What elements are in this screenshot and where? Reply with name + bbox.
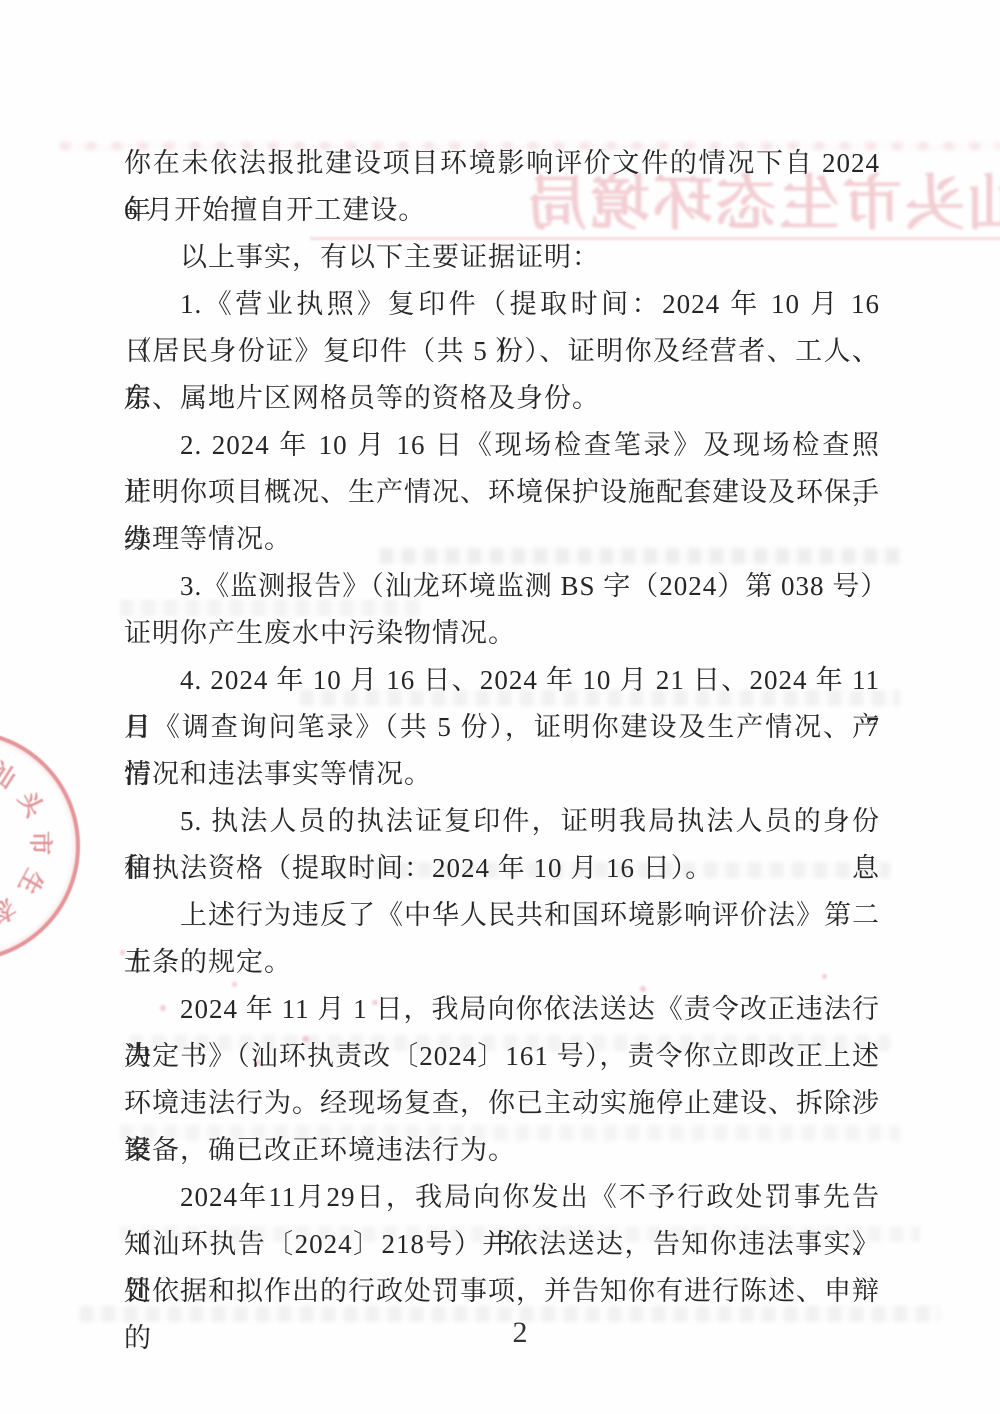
text-line: 东、属地片区网格员等的资格及身份。: [124, 375, 880, 422]
text-line: 决定书》（汕环执责改〔2024〕161 号），责令你立即改正上述: [124, 1033, 880, 1080]
text-line: 以上事实，有以下主要证据证明：: [124, 234, 880, 281]
text-line: 3.《监测报告》（汕龙环境监测 BS 字（2024）第 038 号）: [124, 563, 880, 610]
text-line: 环境违法行为。经现场复查，你已主动实施停止建设、拆除涉案: [124, 1080, 880, 1127]
text-line: 1.《营业执照》复印件（提取时间：2024 年 10 月 16 日）、: [124, 281, 880, 328]
text-line: 情况和违法事实等情况。: [124, 751, 880, 798]
page-number: 2: [0, 1316, 1000, 1350]
text-line: 4. 2024 年 10 月 16 日、2024 年 10 月 21 日、202…: [124, 657, 880, 704]
document-body: 你在未依法报批建设项目环境影响评价文件的情况下自 2024 年6 月开始擅自开工…: [124, 140, 880, 1315]
text-line: 《居民身份证》复印件（共 5 份）、证明你及经营者、工人、房: [124, 328, 880, 375]
text-line: 证明你项目概况、生产情况、环境保护设施配套建设及环保手续: [124, 469, 880, 516]
text-line: 五条的规定。: [124, 939, 880, 986]
text-line: 证明你产生废水中污染物情况。: [124, 610, 880, 657]
text-line: （汕环执告〔2024〕218号）并依法送达，告知你违法事实、处: [124, 1221, 880, 1268]
text-line: 6 月开始擅自开工建设。: [124, 187, 880, 234]
seal-character: 市: [26, 831, 61, 855]
text-line: 2024年11月29日，我局向你发出《不予行政处罚事先告知书》: [124, 1174, 880, 1221]
text-line: 2024 年 11 月 1 日，我局向你依法送达《责令改正违法行为: [124, 986, 880, 1033]
text-line: 日《调查询问笔录》（共 5 份），证明你建设及生产情况、产污: [124, 704, 880, 751]
text-line: 5. 执法人员的执法证复印件，证明我局执法人员的身份信息: [124, 798, 880, 845]
text-line: 设备，确已改正环境违法行为。: [124, 1127, 880, 1174]
text-line: 你在未依法报批建设项目环境影响评价文件的情况下自 2024 年: [124, 140, 880, 187]
text-line: 2. 2024 年 10 月 16 日《现场检查笔录》及现场检查照片，: [124, 422, 880, 469]
scanned-document-page: 汕头市生态环境局 汕头市生态 你在未依法报批建设项目环境影响评价文件的情况下自 …: [0, 0, 1000, 1414]
text-line: 办理等情况。: [124, 516, 880, 563]
text-line: 罚依据和拟作出的行政处罚事项，并告知你有进行陈述、申辩的: [124, 1268, 880, 1315]
text-line: 上述行为违反了《中华人民共和国环境影响评价法》第二十: [124, 892, 880, 939]
